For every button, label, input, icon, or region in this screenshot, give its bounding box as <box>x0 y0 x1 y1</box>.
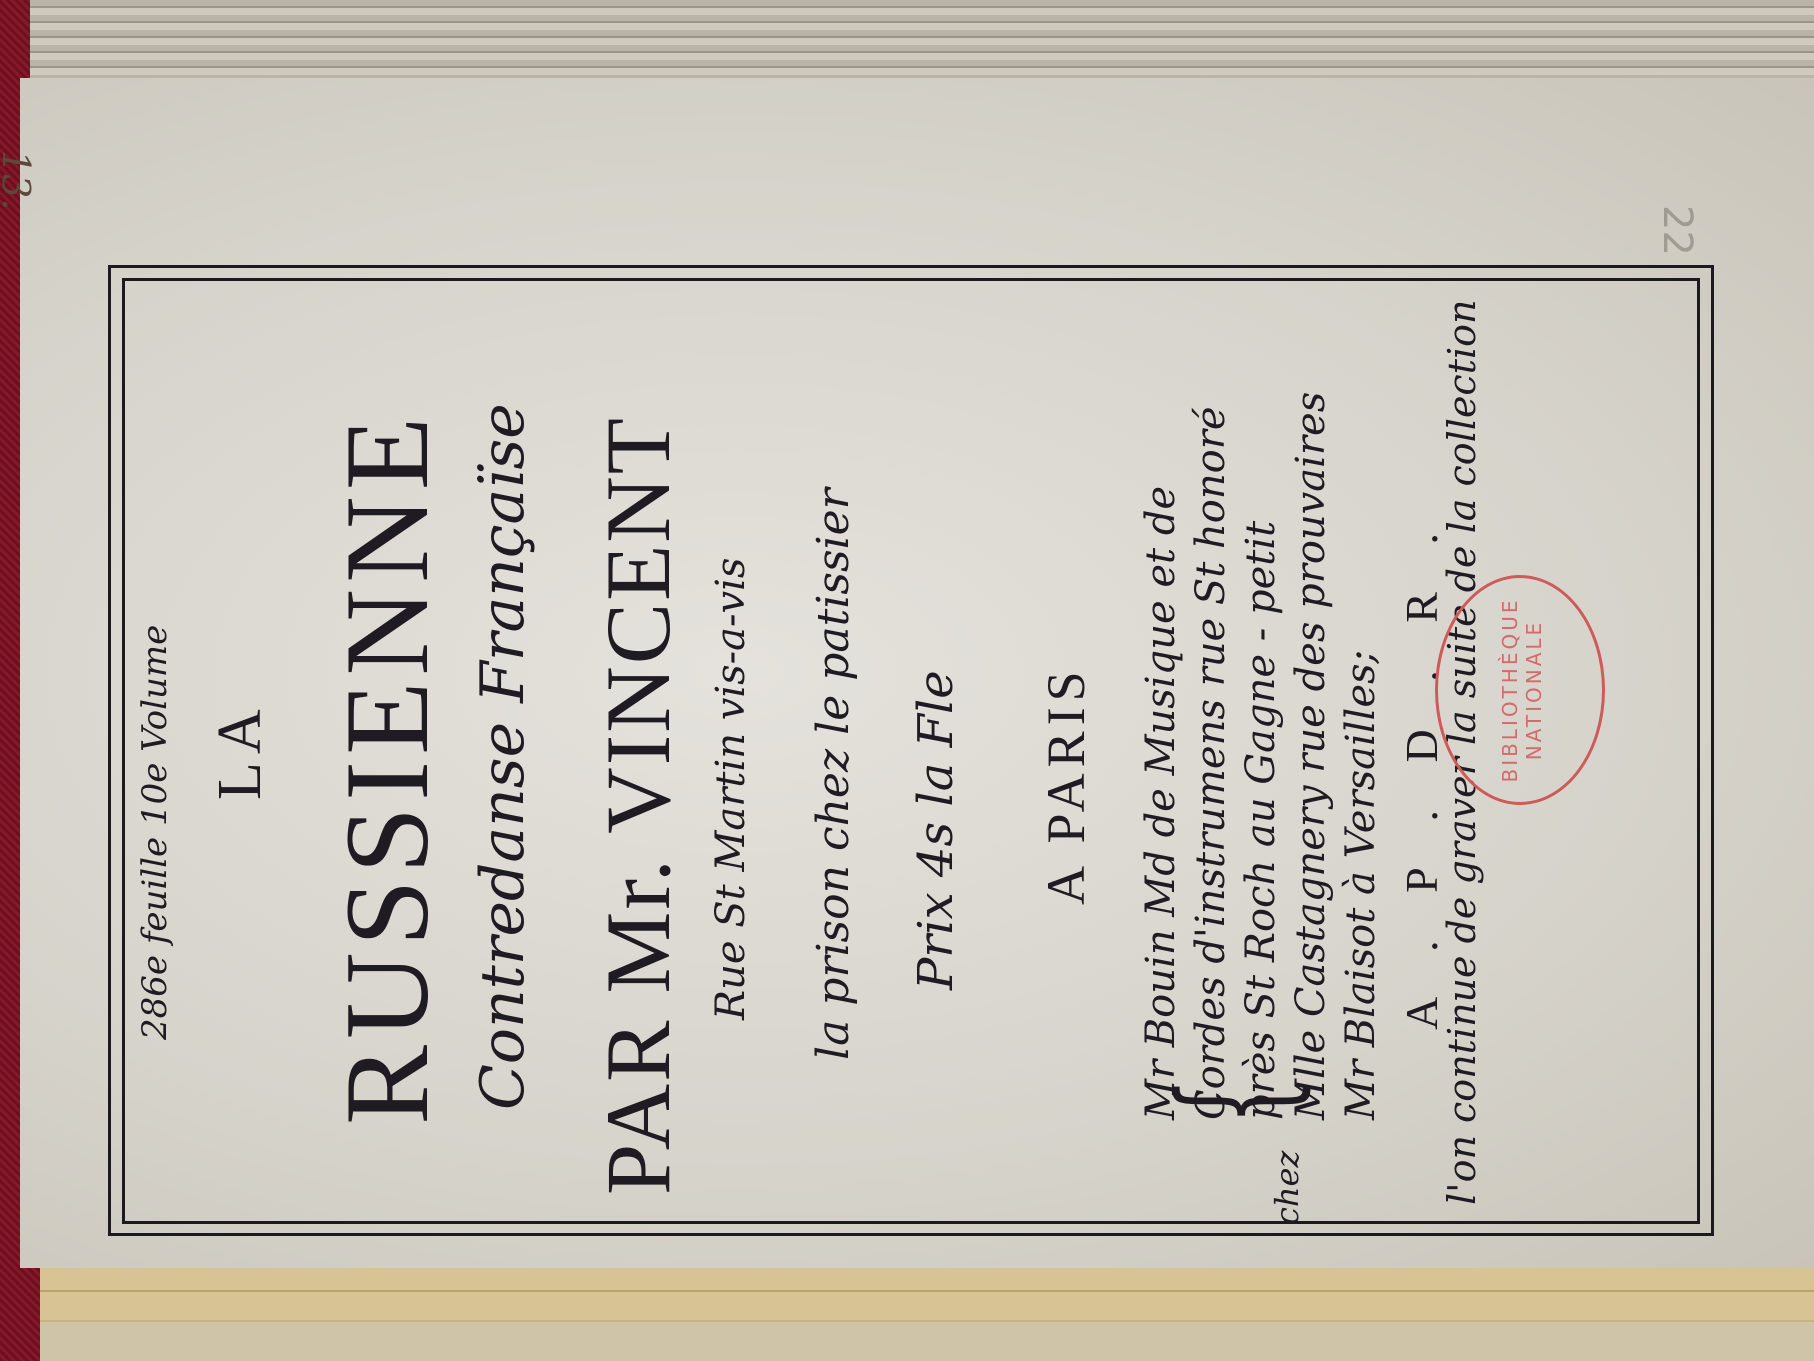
underlying-page <box>40 1322 1814 1361</box>
seller-line-5: Mr Blaisot à Versailles; <box>1338 650 1384 1120</box>
volume-line: 286e feuille 10e Volume <box>135 625 175 1040</box>
library-stamp: BIBLIOTHÈQUE NATIONALE <box>1435 575 1605 805</box>
seller-line-2: Cordes d'instrumens rue St honoré <box>1188 406 1234 1120</box>
author-line: PAR Mr. VINCENT <box>585 416 691 1195</box>
crease <box>40 1290 1814 1292</box>
page-stack-edges <box>30 0 1814 80</box>
title-line-2: RUSSIENNE <box>318 411 456 1125</box>
pencil-mark: 22 <box>1654 205 1700 256</box>
address-line-2: la prison chez le patissier <box>808 488 859 1060</box>
seller-line-1: Mr Bouin Md de Musique et de <box>1138 486 1184 1120</box>
price-line: Prix 4s la Fle <box>908 670 964 990</box>
subtitle: Contredanse Françaïse <box>468 403 538 1110</box>
page-number: 13. <box>0 150 38 210</box>
seller-line-3: près St Roch au Gagne - petit <box>1238 521 1284 1120</box>
title-line-1: LA <box>205 701 276 800</box>
address-line-1: Rue St Martin vis-a-vis <box>708 558 754 1020</box>
seller-line-4: Mlle Castagnery rue des prouvaires <box>1288 392 1334 1120</box>
stamp-text: BIBLIOTHÈQUE NATIONALE <box>1498 578 1546 802</box>
sellers-prefix: chez <box>1268 1151 1306 1225</box>
bottom-page-edges <box>40 1268 1814 1361</box>
place-line: A PARIS <box>1035 665 1097 905</box>
